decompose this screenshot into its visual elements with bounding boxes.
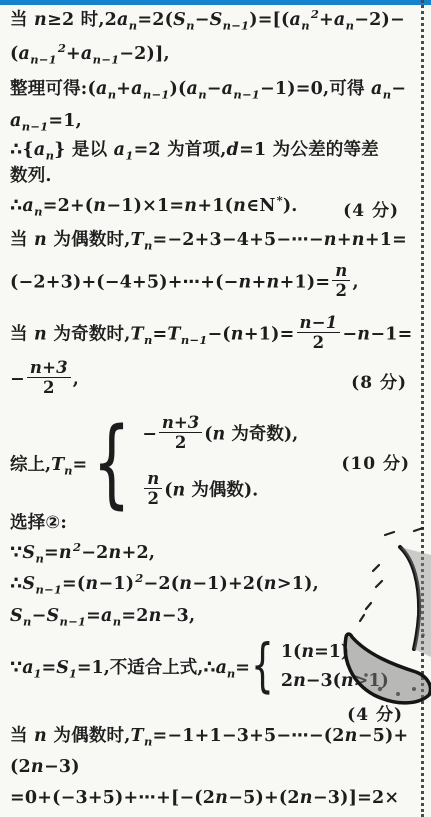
scanned-solution-page: 当 n≥2 时,2an=2(Sn−Sn−1)=[(an2+an−2)− (an−… — [0, 0, 431, 817]
math-line-15: ∴Sn−1=(n−1)2−2(n−1)+2(n>1), — [10, 574, 319, 596]
math-line-6: 数列. — [10, 166, 52, 188]
math-line-3: 整理可得:(an+an−1)(an−an−1−1)=0,可得 an− — [10, 79, 406, 101]
piecewise-case-odd: −n+32(n 为奇数), — [142, 416, 298, 454]
math-line-9: (−2+3)+(−4+5)+⋯+(−n+n+1)=n2, — [10, 264, 359, 302]
math-line-4: an−1=1, — [10, 111, 82, 133]
left-brace: { — [93, 421, 131, 505]
math-line-11: −n+32, — [10, 361, 79, 399]
math-line-14: ∵Sn=n2−2n+2, — [10, 543, 155, 565]
piecewise-case-even: n2(n 为偶数). — [142, 472, 298, 510]
math-line-20: (2n−3) — [10, 757, 80, 779]
math-line-13: 选择②: — [10, 513, 67, 535]
piecewise-label: 综上,Tn= — [10, 451, 87, 476]
math-line-21: =0+(−3+5)+⋯+[−(2n−5)+(2n−3)]=2× — [10, 788, 399, 810]
math-line-16: Sn−Sn−1=an=2n−3, — [10, 606, 195, 628]
ink-smudge — [330, 525, 431, 720]
score-mark-10pts: (10 分) — [341, 449, 410, 474]
score-mark-8pts: (8 分) — [351, 368, 407, 393]
piecewise-an-label: ∵a1=S1=1,不适合上式,∴an= — [10, 654, 250, 679]
left-brace-small: { — [251, 640, 274, 691]
math-line-5: ∴{an} 是以 a1=2 为首项,d=1 为公差的等差 — [10, 140, 379, 162]
math-line-1: 当 n≥2 时,2an=2(Sn−Sn−1)=[(an2+an−2)− — [10, 10, 405, 32]
math-line-19: 当 n 为偶数时,Tn=−1+1−3+5−⋯−(2n−5)+ — [10, 726, 408, 748]
math-line-7: ∴an=2+(n−1)×1=n+1(n∈N*). — [10, 196, 298, 218]
math-line-2: (an−12+an−1−2)], — [10, 44, 170, 66]
math-line-8: 当 n 为偶数时,Tn=−2+3−4+5−⋯−n+n+1= — [10, 230, 407, 252]
score-mark-4pts-a: (4 分) — [343, 196, 399, 221]
math-line-10: 当 n 为奇数时,Tn=Tn−1−(n+1)=n−12−n−1= — [10, 316, 413, 354]
piecewise-summary: 综上,Tn= { −n+32(n 为奇数), n2(n 为偶数). — [10, 417, 298, 509]
